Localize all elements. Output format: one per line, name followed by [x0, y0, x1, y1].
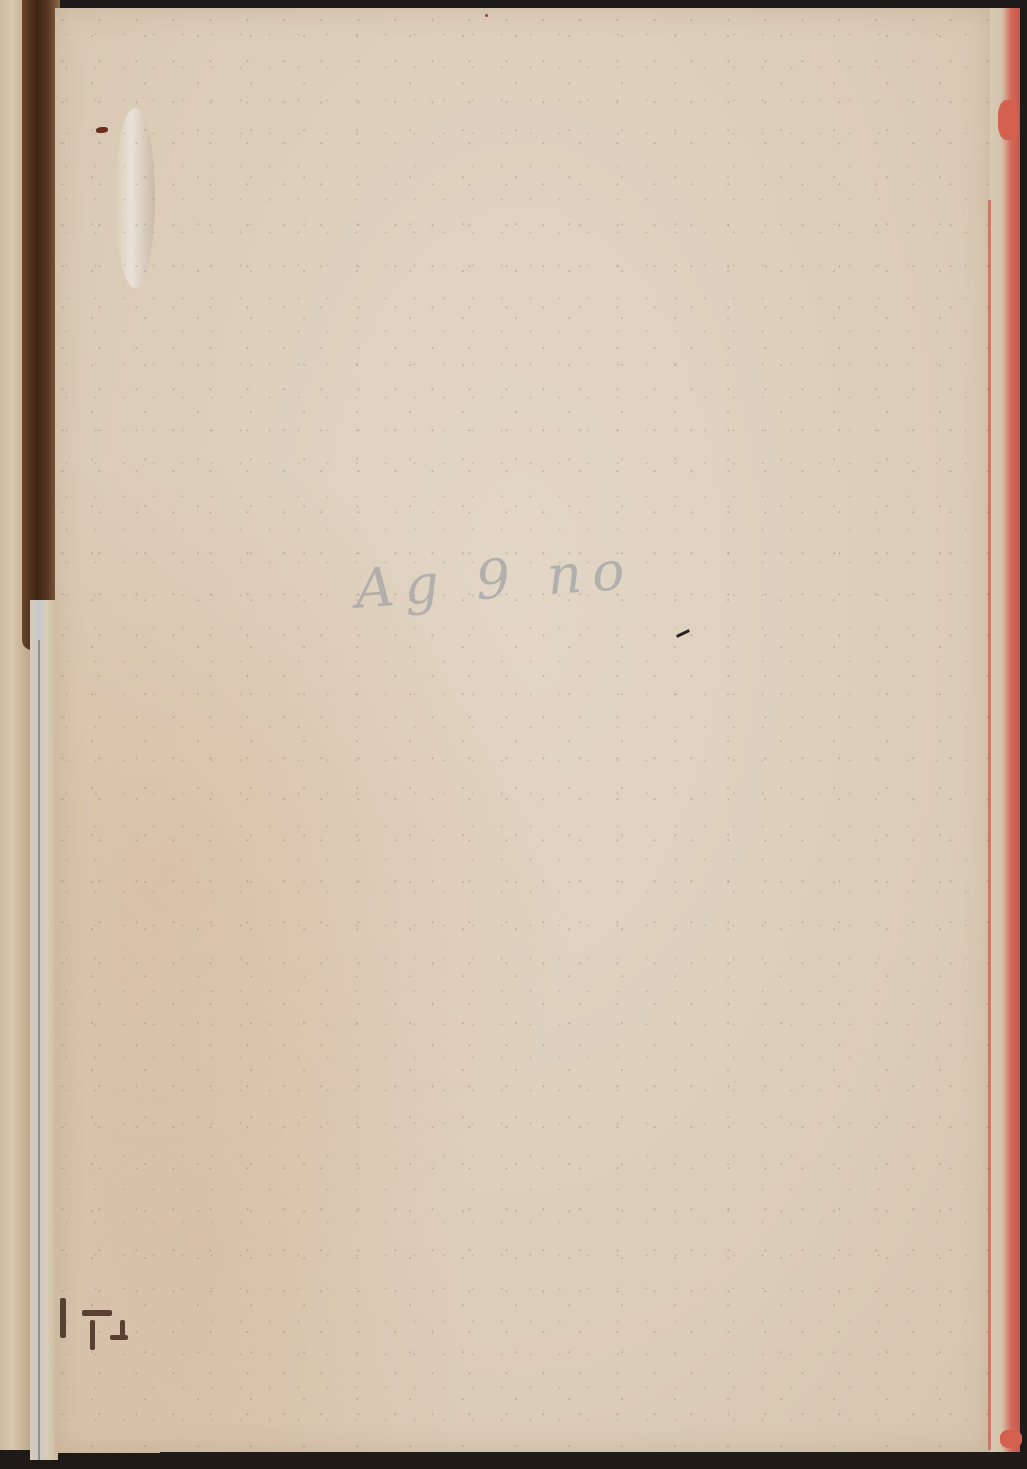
ink-stain: [96, 127, 108, 133]
binding-spine-strip: [30, 600, 58, 1460]
red-edge-spot: [998, 100, 1018, 140]
top-mark: [485, 14, 488, 17]
red-edge-spot: [1000, 1430, 1022, 1448]
scanned-page: Ag 9 no: [0, 0, 1027, 1469]
fore-edge-line: [988, 200, 991, 1450]
worm-damage: [60, 1290, 155, 1380]
paper-crease: [115, 108, 155, 288]
scan-background-bottom: [160, 1452, 1027, 1469]
flyleaf-page: [55, 8, 990, 1453]
red-fore-edge: [990, 8, 1020, 1460]
binding-gutter-line: [38, 640, 40, 1460]
